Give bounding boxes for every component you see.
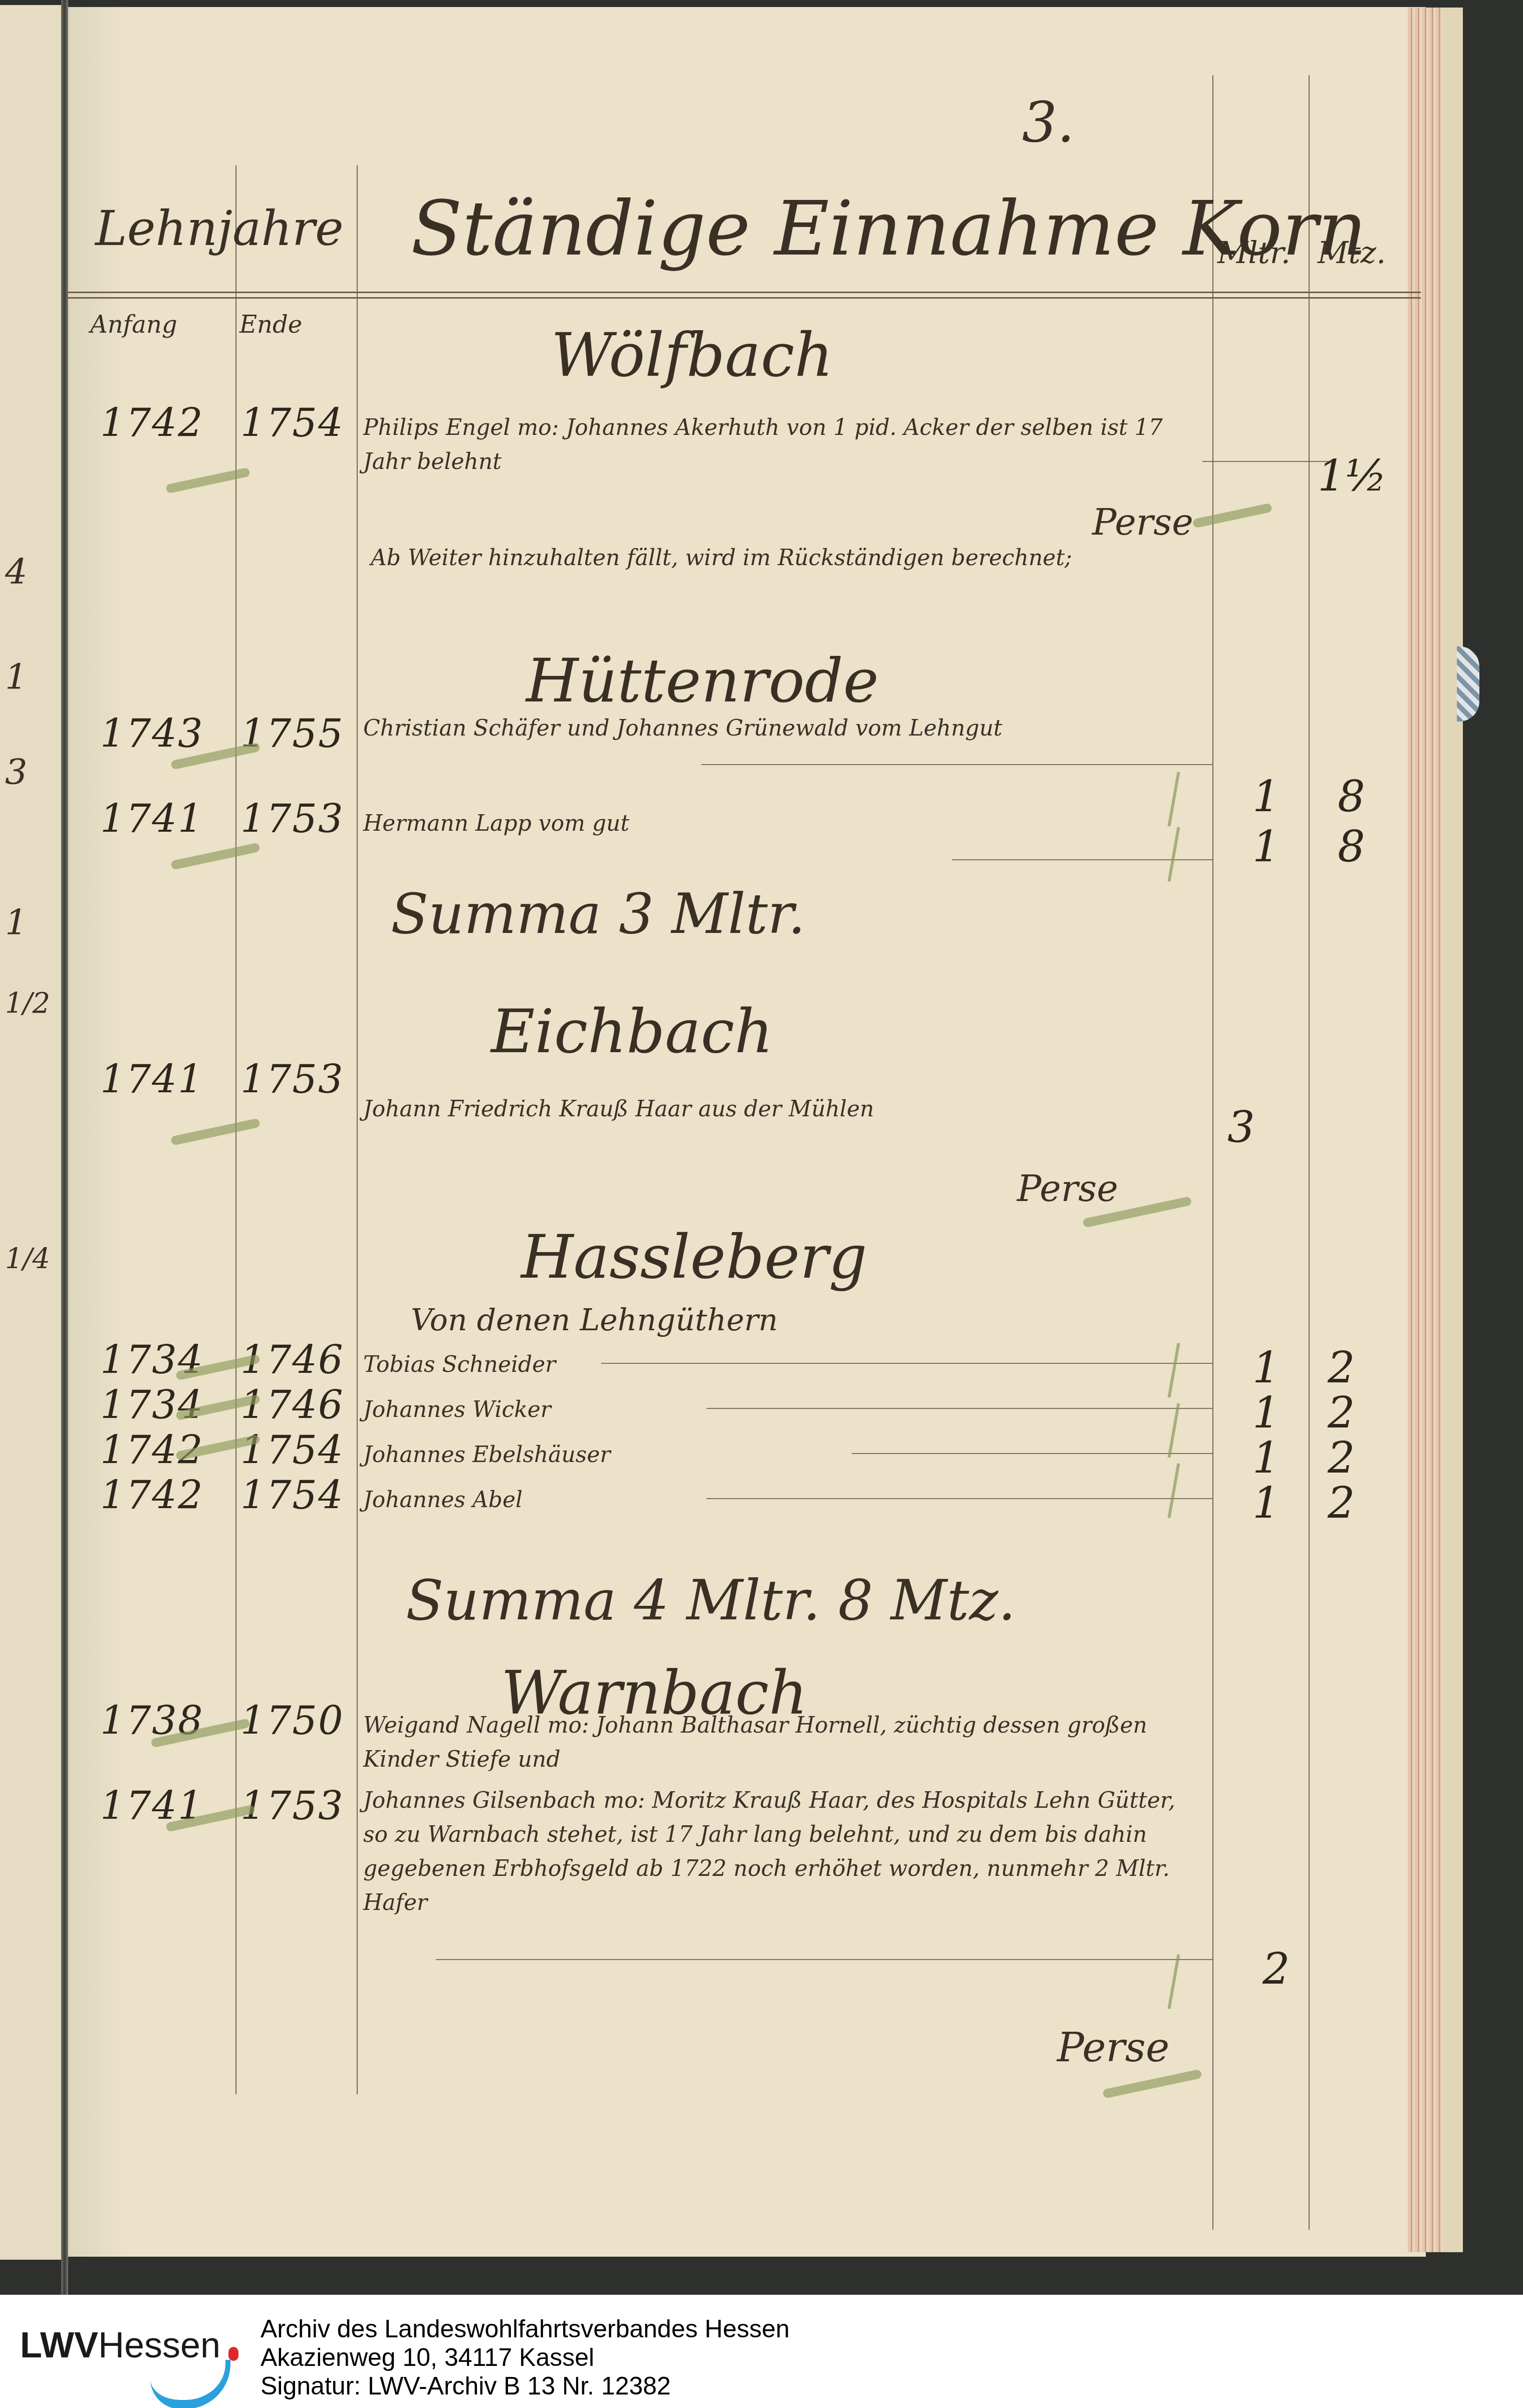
amount-metzen: 2 (1328, 1343, 1355, 1393)
book-gutter (61, 0, 68, 2295)
logo-bold: LWV (20, 2325, 98, 2365)
amount-malter: 1 (1252, 1433, 1280, 1483)
entry-rule (706, 1498, 1212, 1499)
amount-malter: 1 (1252, 1478, 1280, 1528)
entry-note: Ab Weiter hinzuhalten fällt, wird im Rüc… (371, 541, 1197, 575)
margin-fragment: 1 (5, 656, 28, 697)
entry-text: Weigand Nagell mo: Johann Balthasar Horn… (363, 1709, 1205, 1777)
logo-swoosh-icon (150, 2360, 230, 2408)
place-heading: Hassleberg (521, 1223, 867, 1292)
amount-metzen: 2 (1262, 1944, 1290, 1994)
year-ende: 1754 (240, 1473, 344, 1518)
archive-name: Archiv des Landeswohlfahrtsverbandes Hes… (261, 2315, 790, 2343)
amount-metzen: 8 (1338, 822, 1365, 872)
year-anfang: 1743 (100, 711, 204, 757)
year-anfang: 1742 (100, 401, 204, 446)
year-anfang: 1742 (100, 1473, 204, 1518)
margin-fragment: 4 (5, 551, 28, 592)
archive-address: Akazienweg 10, 34117 Kassel (261, 2343, 790, 2372)
header-unit-metzen: Mtz. (1318, 235, 1386, 271)
subheading: Von denen Lehngüthern (411, 1303, 778, 1338)
margin-fragment: 1/4 (5, 1243, 50, 1275)
section-sum: Summa 4 Mltr. 8 Mtz. (406, 1568, 1016, 1632)
column-rule (1309, 75, 1310, 2230)
entry-text: Johannes Gilsenbach mo: Moritz Krauß Haa… (363, 1784, 1205, 1920)
header-lehnjahre: Lehnjahre (95, 200, 344, 257)
header-ende: Ende (239, 311, 302, 339)
amount-metzen: 2 (1328, 1433, 1355, 1483)
margin-fragment: 1/2 (5, 987, 50, 1020)
margin-fragment: 3 (5, 752, 28, 793)
year-anfang: 1741 (100, 1057, 204, 1102)
scan-background: 4 1 3 1 1/2 1/4 3. Lehnjahre Anfang Ende… (0, 0, 1523, 2295)
entry-text: Hermann Lapp vom gut (363, 807, 629, 841)
entry-rule (1202, 461, 1333, 462)
entry-rule (706, 1408, 1212, 1409)
entry-text: Johannes Ebelshäuser (363, 1438, 611, 1472)
entry-text: Christian Schäfer und Johannes Grünewald… (363, 711, 1190, 746)
archive-footer: LWVHessen Archiv des Landeswohlfahrtsver… (0, 2295, 1523, 2408)
section-sum: Summa 3 Mltr. (391, 882, 806, 946)
year-ende: 1754 (240, 401, 344, 446)
entry-text: Johannes Abel (363, 1483, 523, 1517)
place-heading: Wölfbach (551, 321, 833, 390)
header-double-rule (68, 292, 1421, 299)
column-rule (357, 165, 358, 2094)
checked-note: Perse (1017, 1167, 1118, 1210)
header-anfang: Anfang (90, 311, 177, 339)
logo-dot-icon (228, 2347, 238, 2361)
margin-fragment: 1 (5, 902, 28, 943)
amount-malter: 1 (1252, 772, 1280, 822)
place-heading: Eichbach (491, 997, 773, 1067)
checked-note: Perse (1057, 2024, 1169, 2071)
amount-malter: 1 (1252, 1343, 1280, 1393)
year-ende: 1753 (240, 797, 344, 842)
bookmark-ribbon (1457, 646, 1479, 721)
archive-info: Archiv des Landeswohlfahrtsverbandes Hes… (261, 2315, 790, 2400)
entry-rule (852, 1453, 1212, 1454)
back-cover-edge (1443, 8, 1463, 2252)
amount-metzen: 2 (1328, 1388, 1355, 1438)
column-rule (1212, 75, 1213, 2230)
header-unit-malter: Mltr. (1217, 235, 1291, 271)
year-ende: 1750 (240, 1699, 344, 1744)
entry-rule (701, 764, 1212, 765)
year-anfang: 1741 (100, 797, 204, 842)
entry-text: Tobias Schneider (363, 1348, 556, 1382)
year-ende: 1746 (240, 1383, 344, 1428)
amount-metzen: 2 (1328, 1478, 1355, 1528)
amount-malter: 1 (1252, 1388, 1280, 1438)
amount-malter: 3 (1227, 1102, 1255, 1152)
place-heading: Hüttenrode (526, 646, 879, 716)
logo-light: Hessen (98, 2325, 220, 2365)
entry-text: Johannes Wicker (363, 1393, 551, 1427)
left-page-edge: 4 1 3 1 1/2 1/4 (0, 5, 61, 2260)
checked-note: Perse (1092, 501, 1193, 543)
page-number: 3. (1022, 90, 1075, 154)
entry-text: Johann Friedrich Krauß Haar aus der Mühl… (363, 1092, 874, 1126)
amount-metzen: 8 (1338, 772, 1365, 822)
year-ende: 1753 (240, 1784, 344, 1829)
year-anfang: 1734 (100, 1383, 204, 1428)
amount-metzen: 1½ (1318, 451, 1387, 501)
year-ende: 1753 (240, 1057, 344, 1102)
amount-malter: 1 (1252, 822, 1280, 872)
entry-text: Philips Engel mo: Johannes Akerhuth von … (363, 411, 1190, 479)
archive-signature: Signatur: LWV-Archiv B 13 Nr. 12382 (261, 2372, 790, 2400)
entry-rule (436, 1959, 1212, 1960)
entry-rule (601, 1363, 1212, 1364)
